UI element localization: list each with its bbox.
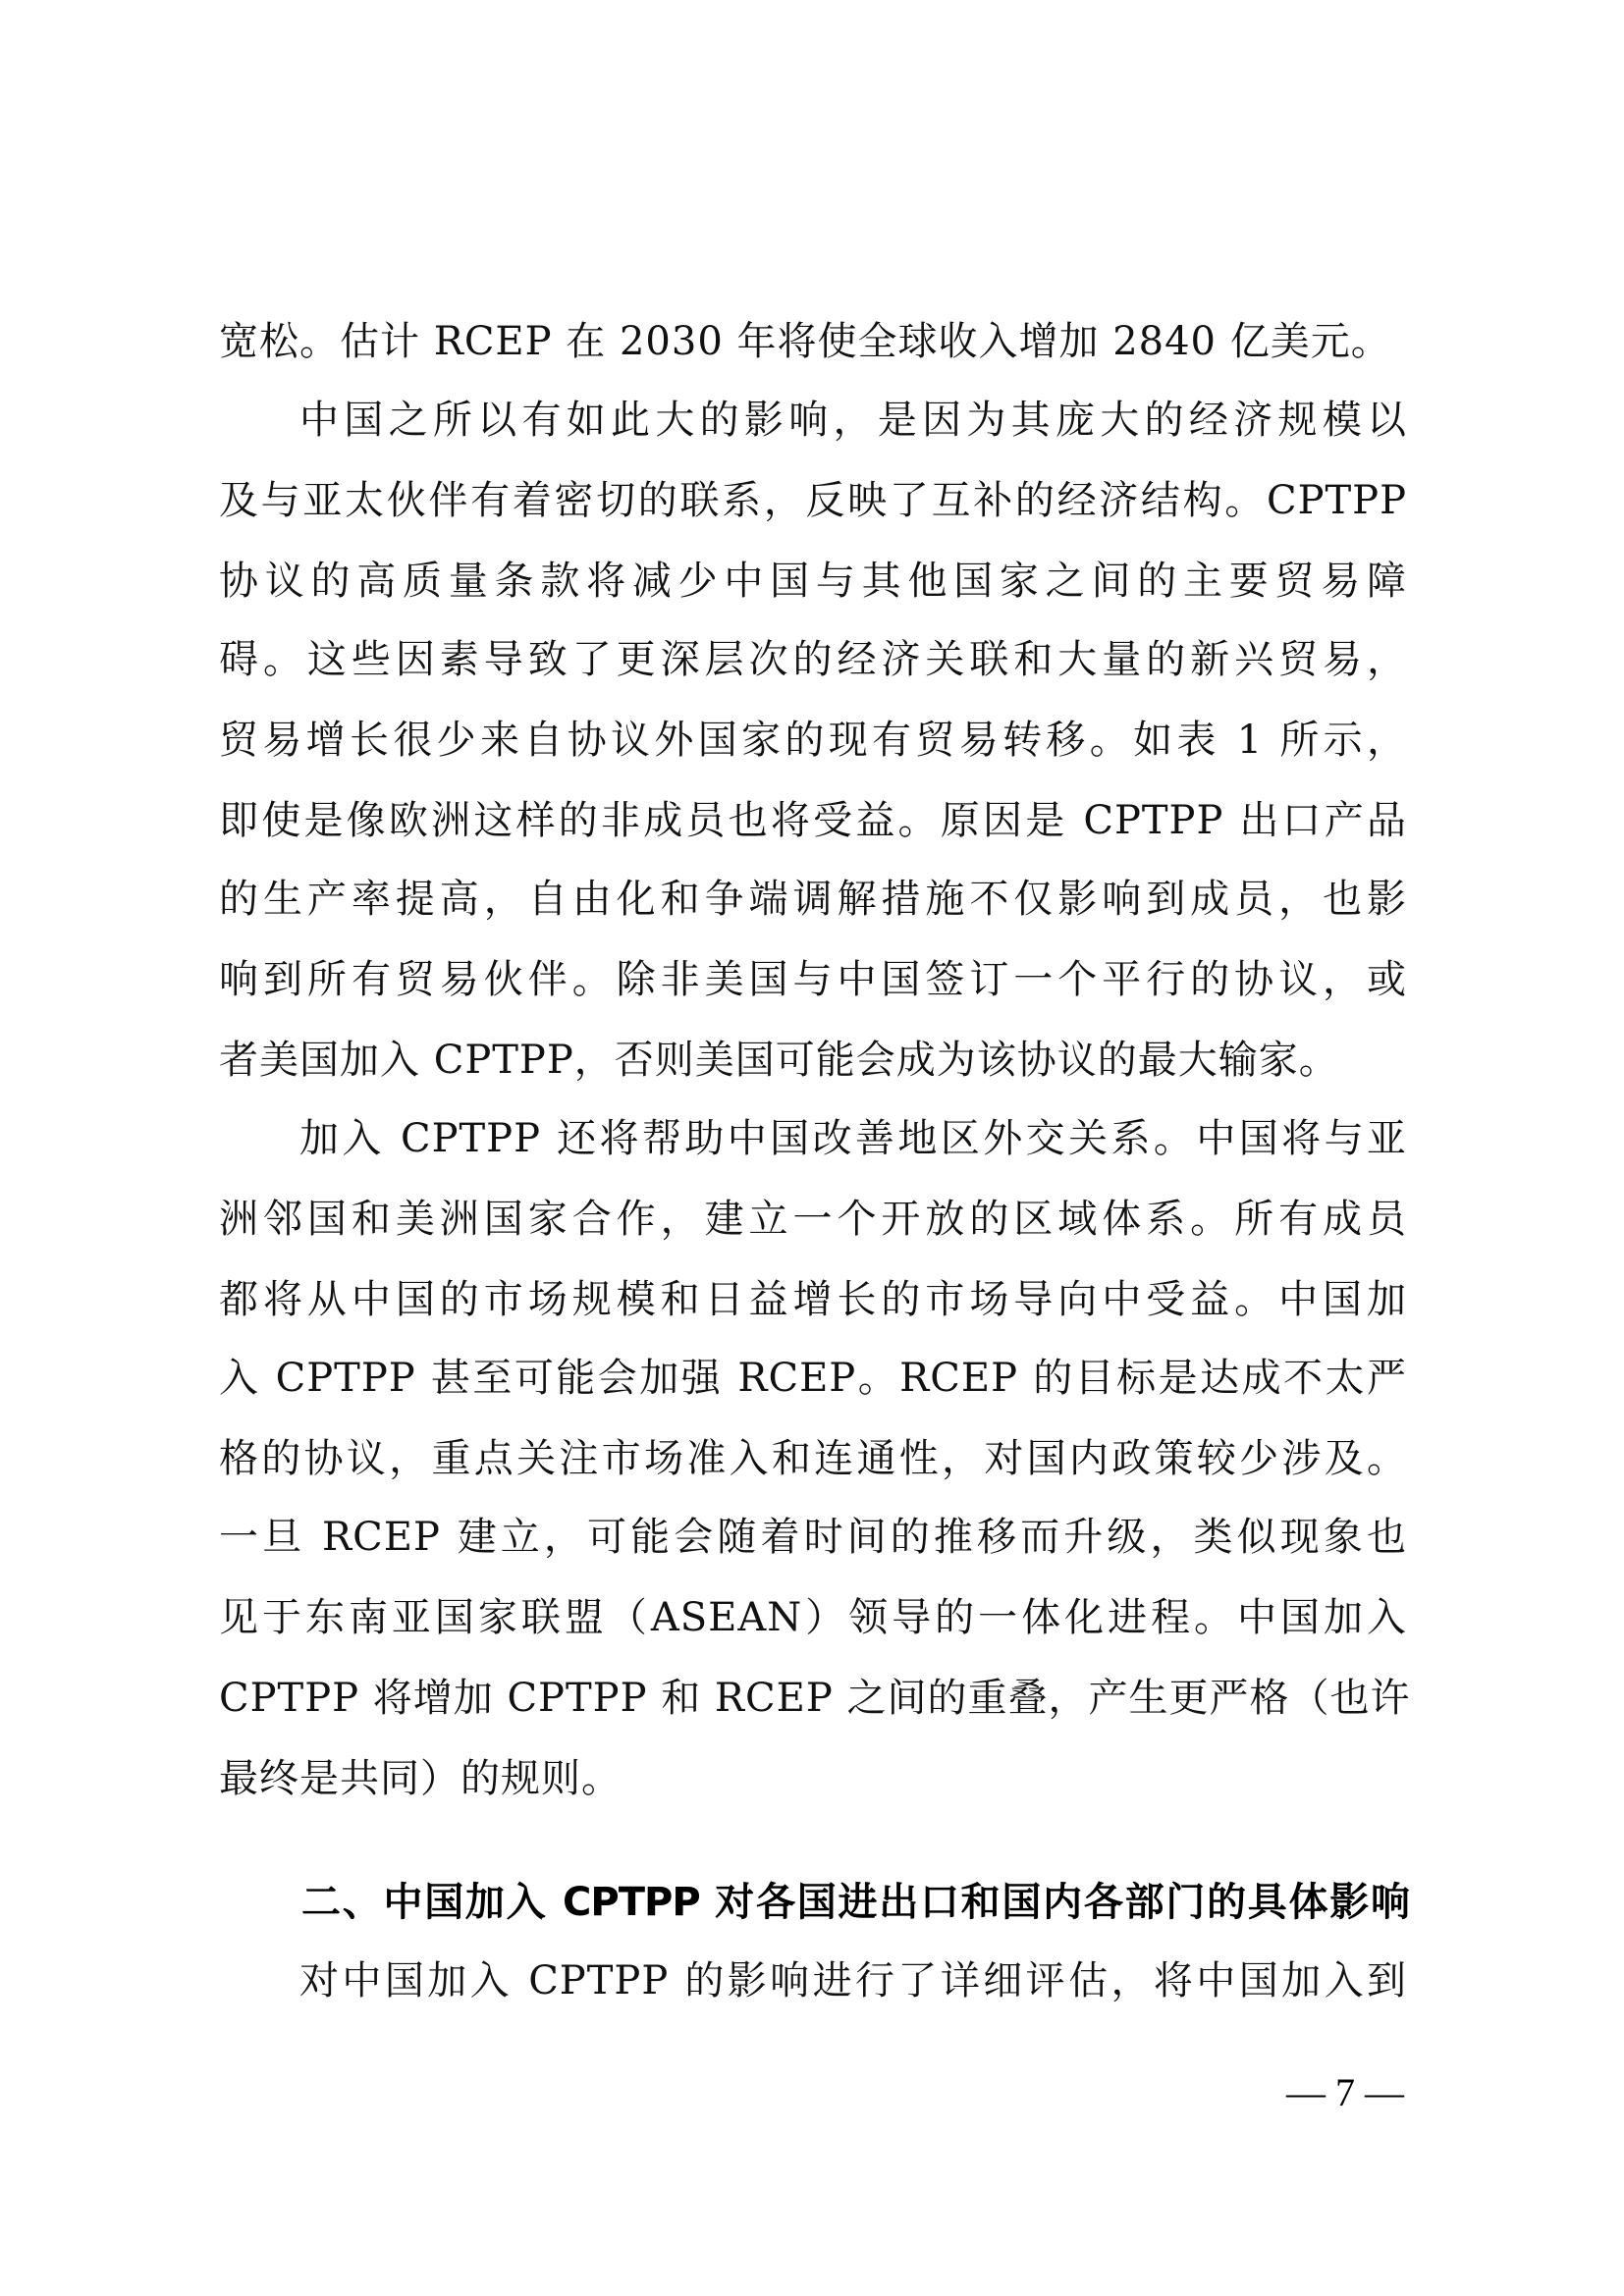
paragraph-line: 中国之所以有如此大的影响，是因为其庞大的经济规模以 [299,391,1407,450]
paragraph-line: 者美国加入 CPTPP，否则美国可能会成为该协议的最大输家。 [219,1031,1407,1090]
paragraph-line: 对中国加入 CPTPP 的影响进行了详细评估，将中国加入到 [299,1951,1407,2010]
paragraph-line: 碍。这些因素导致了更深层次的经济关联和大量的新兴贸易， [219,630,1407,689]
paragraph-line: 及与亚太伙伴有着密切的联系，反映了互补的经济结构。CPTPP [219,471,1407,530]
paragraph-line: 加入 CPTPP 还将帮助中国改善地区外交关系。中国将与亚 [299,1109,1407,1168]
page-number: — 7 — [1267,2071,1424,2114]
paragraph-line: 格的协议，重点关注市场准入和连通性，对国内政策较少涉及。 [219,1429,1407,1488]
paragraph-line: 见于东南亚国家联盟（ASEAN）领导的一体化进程。中国加入 [219,1588,1407,1647]
paragraph-line: 入 CPTPP 甚至可能会加强 RCEP。RCEP 的目标是达成不太严 [219,1349,1407,1408]
paragraph-line: CPTPP 将增加 CPTPP 和 RCEP 之间的重叠，产生更严格（也许 [219,1669,1407,1728]
paragraph-line: 最终是共同）的规则。 [219,1749,1407,1808]
paragraph-line: 贸易增长很少来自协议外国家的现有贸易转移。如表 1 所示， [219,711,1407,770]
paragraph-line: 宽松。估计 RCEP 在 2030 年将使全球收入增加 2840 亿美元。 [219,312,1407,371]
paragraph-line: 即使是像欧洲这样的非成员也将受益。原因是 CPTPP 出口产品 [219,791,1407,850]
paragraph-line: 协议的高质量条款将减少中国与其他国家之间的主要贸易障 [219,552,1407,611]
paragraph-line: 的生产率提高，自由化和争端调解措施不仅影响到成员，也影 [219,870,1407,929]
paragraph-line: 响到所有贸易伙伴。除非美国与中国签订一个平行的协议，或 [219,950,1407,1009]
paragraph-line: 洲邻国和美洲国家合作，建立一个开放的区域体系。所有成员 [219,1190,1407,1249]
paragraph-line: 都将从中国的市场规模和日益增长的市场导向中受益。中国加 [219,1270,1407,1329]
document-page: 宽松。估计 RCEP 在 2030 年将使全球收入增加 2840 亿美元。 中国… [0,0,1624,2296]
section-heading: 二、中国加入 CPTPP 对各国进出口和国内各部门的具体影响 [301,1873,1409,1932]
paragraph-line: 一旦 RCEP 建立，可能会随着时间的推移而升级，类似现象也 [219,1508,1407,1567]
